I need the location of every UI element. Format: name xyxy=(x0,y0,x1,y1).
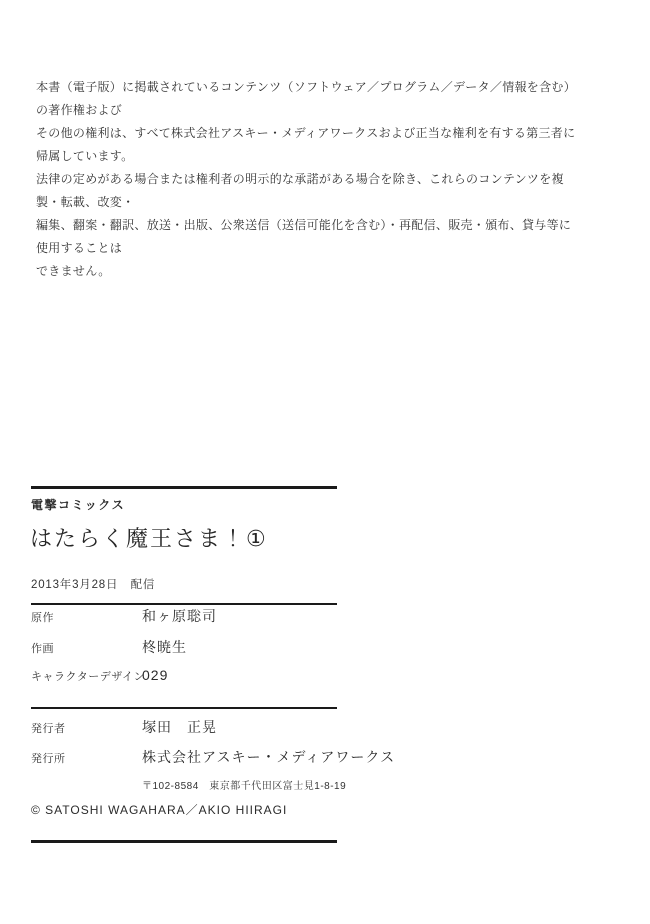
copyright-notice-line: 法律の定めがある場合または権利者の明示的な承諾がある場合を除き、これらのコンテン… xyxy=(36,168,576,214)
divider-publication-top xyxy=(31,707,337,709)
publication-row-publisher-person: 発行者塚田 正晃 xyxy=(31,717,217,737)
credit-row-character-design: キャラクターデザイン029 xyxy=(31,667,168,685)
divider-top xyxy=(31,486,337,489)
copyright-notice-line: できません。 xyxy=(36,260,576,283)
book-title: はたらく魔王さま！① xyxy=(30,522,268,553)
colophon-page: 本書（電子版）に掲載されているコンテンツ（ソフトウェア／プログラム／データ／情報… xyxy=(0,0,650,924)
credit-value: 029 xyxy=(142,667,168,683)
credit-label: 作画 xyxy=(31,640,142,656)
copyright-notice-line: その他の権利は、すべて株式会社アスキー・メディアワークスおよび正当な権利を有する… xyxy=(36,122,576,168)
divider-credits-top xyxy=(31,603,337,605)
publication-value: 株式会社アスキー・メディアワークス xyxy=(142,747,395,767)
copyright-notice-line: 編集、翻案・翻訳、放送・出版、公衆送信（送信可能化を含む）・再配信、販売・頒布、… xyxy=(36,214,576,260)
credit-label: キャラクターデザイン xyxy=(31,668,142,684)
copyright-notice-line: 本書（電子版）に掲載されているコンテンツ（ソフトウェア／プログラム／データ／情報… xyxy=(36,76,576,122)
copyright-notice: 本書（電子版）に掲載されているコンテンツ（ソフトウェア／プログラム／データ／情報… xyxy=(36,76,576,283)
publication-row-publisher-company: 発行所株式会社アスキー・メディアワークス xyxy=(31,747,395,767)
divider-bottom xyxy=(31,840,337,843)
credit-row-artist: 作画柊暁生 xyxy=(31,637,187,657)
publication-label: 発行者 xyxy=(31,720,142,736)
credit-row-original-author: 原作和ヶ原聡司 xyxy=(31,606,217,626)
copyright-line: © SATOSHI WAGAHARA／AKIO HIIRAGI xyxy=(31,801,287,818)
publication-value: 塚田 正晃 xyxy=(142,717,217,737)
imprint-label: 電撃コミックス xyxy=(31,496,125,513)
publication-label: 発行所 xyxy=(31,750,142,766)
release-date: 2013年3月28日 配信 xyxy=(31,576,155,592)
credit-label: 原作 xyxy=(31,609,142,625)
credit-value: 和ヶ原聡司 xyxy=(142,606,217,626)
credit-value: 柊暁生 xyxy=(142,637,187,657)
publisher-address: 〒102-8584 東京都千代田区富士見1-8-19 xyxy=(142,777,346,792)
